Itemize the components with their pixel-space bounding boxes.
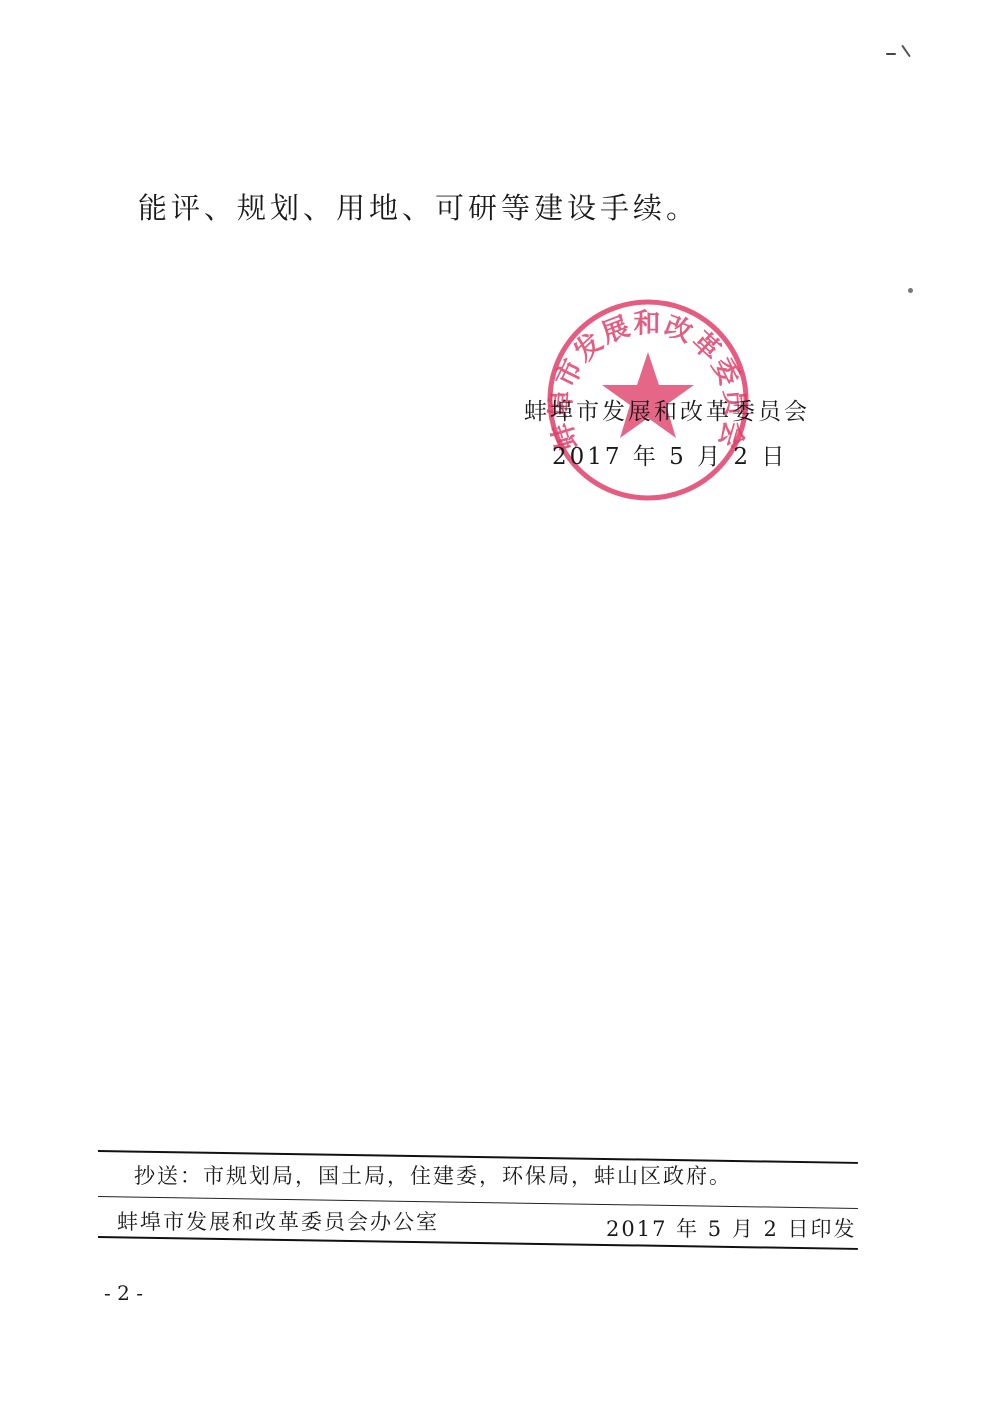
- page-number: - 2 -: [104, 1281, 143, 1305]
- cc-line: 抄送：市规划局，国土局，住建委，环保局，蚌山区政府。: [134, 1160, 732, 1190]
- scan-speck: [901, 45, 911, 58]
- signer-organization: 蚌埠市发展和改革委员会: [524, 393, 810, 426]
- document-page: 能评、规划、用地、可研等建设手续。 蚌埠市发展和改革委员会 蚌埠市发展和改革委员…: [0, 0, 1000, 1413]
- scan-speck: [886, 53, 896, 55]
- signature-date: 2017 年 5 月 2 日: [552, 438, 787, 471]
- issuer-office: 蚌埠市发展和改革委员会办公室: [117, 1206, 439, 1236]
- body-text: 能评、规划、用地、可研等建设手续。: [138, 186, 699, 227]
- issue-date: 2017 年 5 月 2 日印发: [606, 1213, 857, 1243]
- scan-speck: [908, 288, 913, 293]
